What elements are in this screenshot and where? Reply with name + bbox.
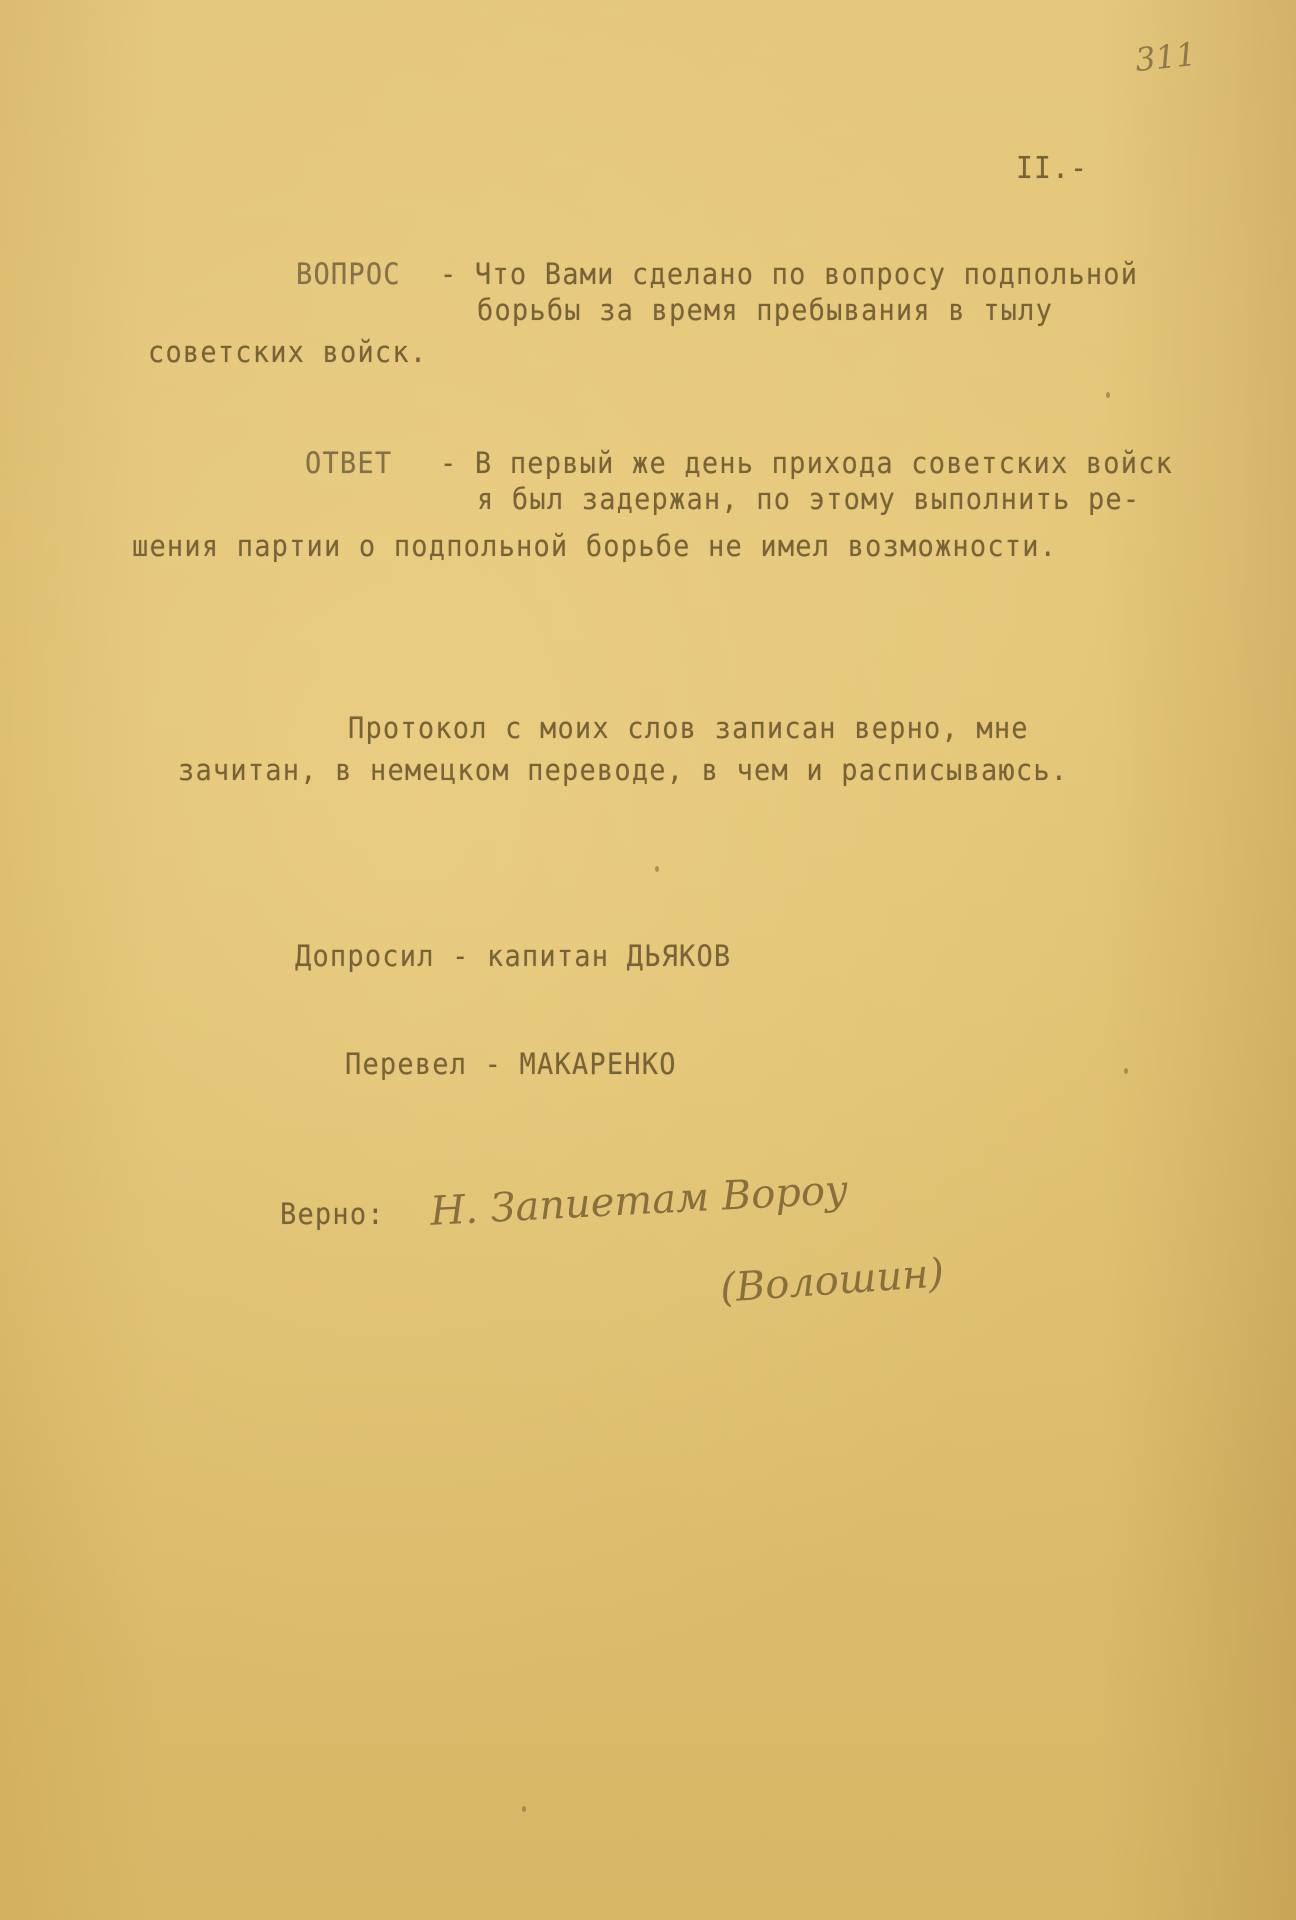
paper-speck xyxy=(1106,392,1110,398)
answer-text-line: - В первый же день прихода советских вой… xyxy=(440,447,1173,480)
protocol-text-line: Протокол с моих слов записан верно, мне xyxy=(348,712,1029,745)
answer-label: ОТВЕТ xyxy=(305,447,392,480)
handwritten-signature: Н. Запиетам Вороу xyxy=(429,1167,849,1235)
paper-speck xyxy=(1124,1068,1128,1074)
paper-speck xyxy=(522,1806,526,1812)
question-label: ВОПРОС xyxy=(296,258,401,291)
interrogator-line: Допросил - капитан ДЬЯКОВ xyxy=(295,940,731,973)
answer-text-line: шения партии о подпольной борьбе не имел… xyxy=(132,530,1057,563)
question-text-line: - Что Вами сделано по вопросу подпольной xyxy=(440,258,1138,291)
answer-text-line: я был задержан, по этому выполнить ре- xyxy=(477,483,1140,516)
verified-label: Верно: xyxy=(280,1198,385,1231)
document-page: 311 II.- ВОПРОС - Что Вами сделано по во… xyxy=(0,0,1296,1920)
handwritten-signature-name: (Волошин) xyxy=(719,1250,946,1312)
page-number: II.- xyxy=(1016,150,1088,186)
question-text-line: советских войск. xyxy=(148,336,427,369)
question-text-line: борьбы за время пребывания в тылу xyxy=(477,294,1053,327)
protocol-text-line: зачитан, в немецком переводе, в чем и ра… xyxy=(178,754,1068,787)
paper-speck xyxy=(655,866,659,872)
archive-number: 311 xyxy=(1133,35,1198,79)
translator-line: Перевел - МАКАРЕНКО xyxy=(345,1048,677,1081)
